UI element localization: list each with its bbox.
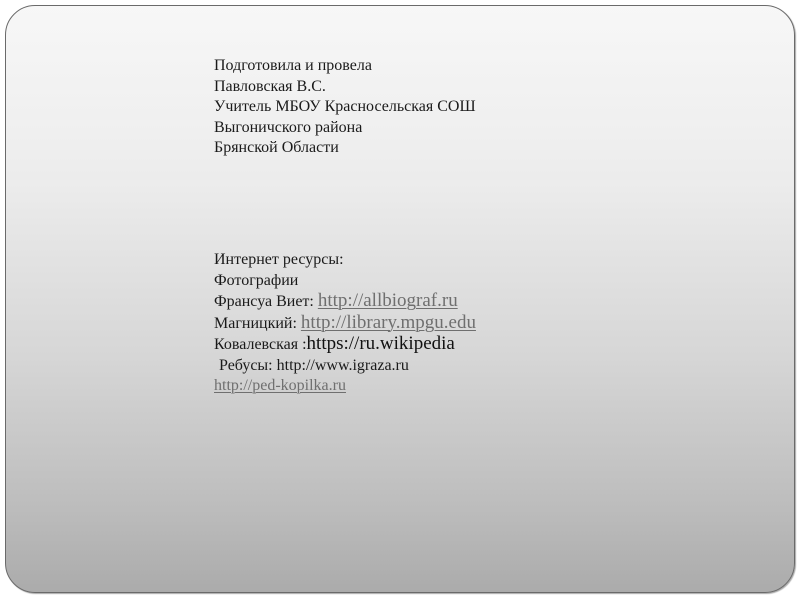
resource-link-allbiograf[interactable]: http://allbiograf.ru [318, 290, 458, 311]
resource-link-ped-kopilka[interactable]: http://ped-kopilka.ru [214, 377, 346, 394]
author-line-1: Подготовила и провела [214, 56, 476, 77]
resource-label: Магницкий: [214, 315, 301, 332]
resource-label: Франсуа Виет: [214, 293, 318, 310]
slide-panel: Подготовила и провела Павловская В.С. Уч… [5, 5, 795, 593]
resources-subheading: Фотографии [214, 271, 476, 292]
author-block: Подготовила и провела Павловская В.С. Уч… [214, 56, 476, 159]
resource-link-wikipedia[interactable]: https://ru.wikipedia [307, 333, 455, 354]
resource-link-igraza[interactable]: http://www.igraza.ru [277, 357, 409, 374]
resources-heading: Интернет ресурсы: [214, 250, 476, 271]
resource-label: Ребусы: [219, 357, 277, 374]
author-name: Павловская В.С. [214, 77, 476, 98]
resource-label: Ковалевская : [214, 336, 307, 353]
resource-link-mpgu[interactable]: http://library.mpgu.edu [301, 312, 476, 333]
resource-extra: http://ped-kopilka.ru [214, 376, 476, 397]
resource-kovalevskaya: Ковалевская :https://ru.wikipedia [214, 334, 476, 356]
author-region: Брянской Области [214, 138, 476, 159]
resource-viete: Франсуа Виет: http://allbiograf.ru [214, 291, 476, 313]
resource-rebuses: Ребусы: http://www.igraza.ru [214, 356, 476, 377]
author-position: Учитель МБОУ Красносельская СОШ [214, 97, 476, 118]
resource-magnitsky: Магницкий: http://library.mpgu.edu [214, 313, 476, 335]
resources-block: Интернет ресурсы: Фотографии Франсуа Вие… [214, 250, 476, 397]
author-district: Выгоничского района [214, 118, 476, 139]
